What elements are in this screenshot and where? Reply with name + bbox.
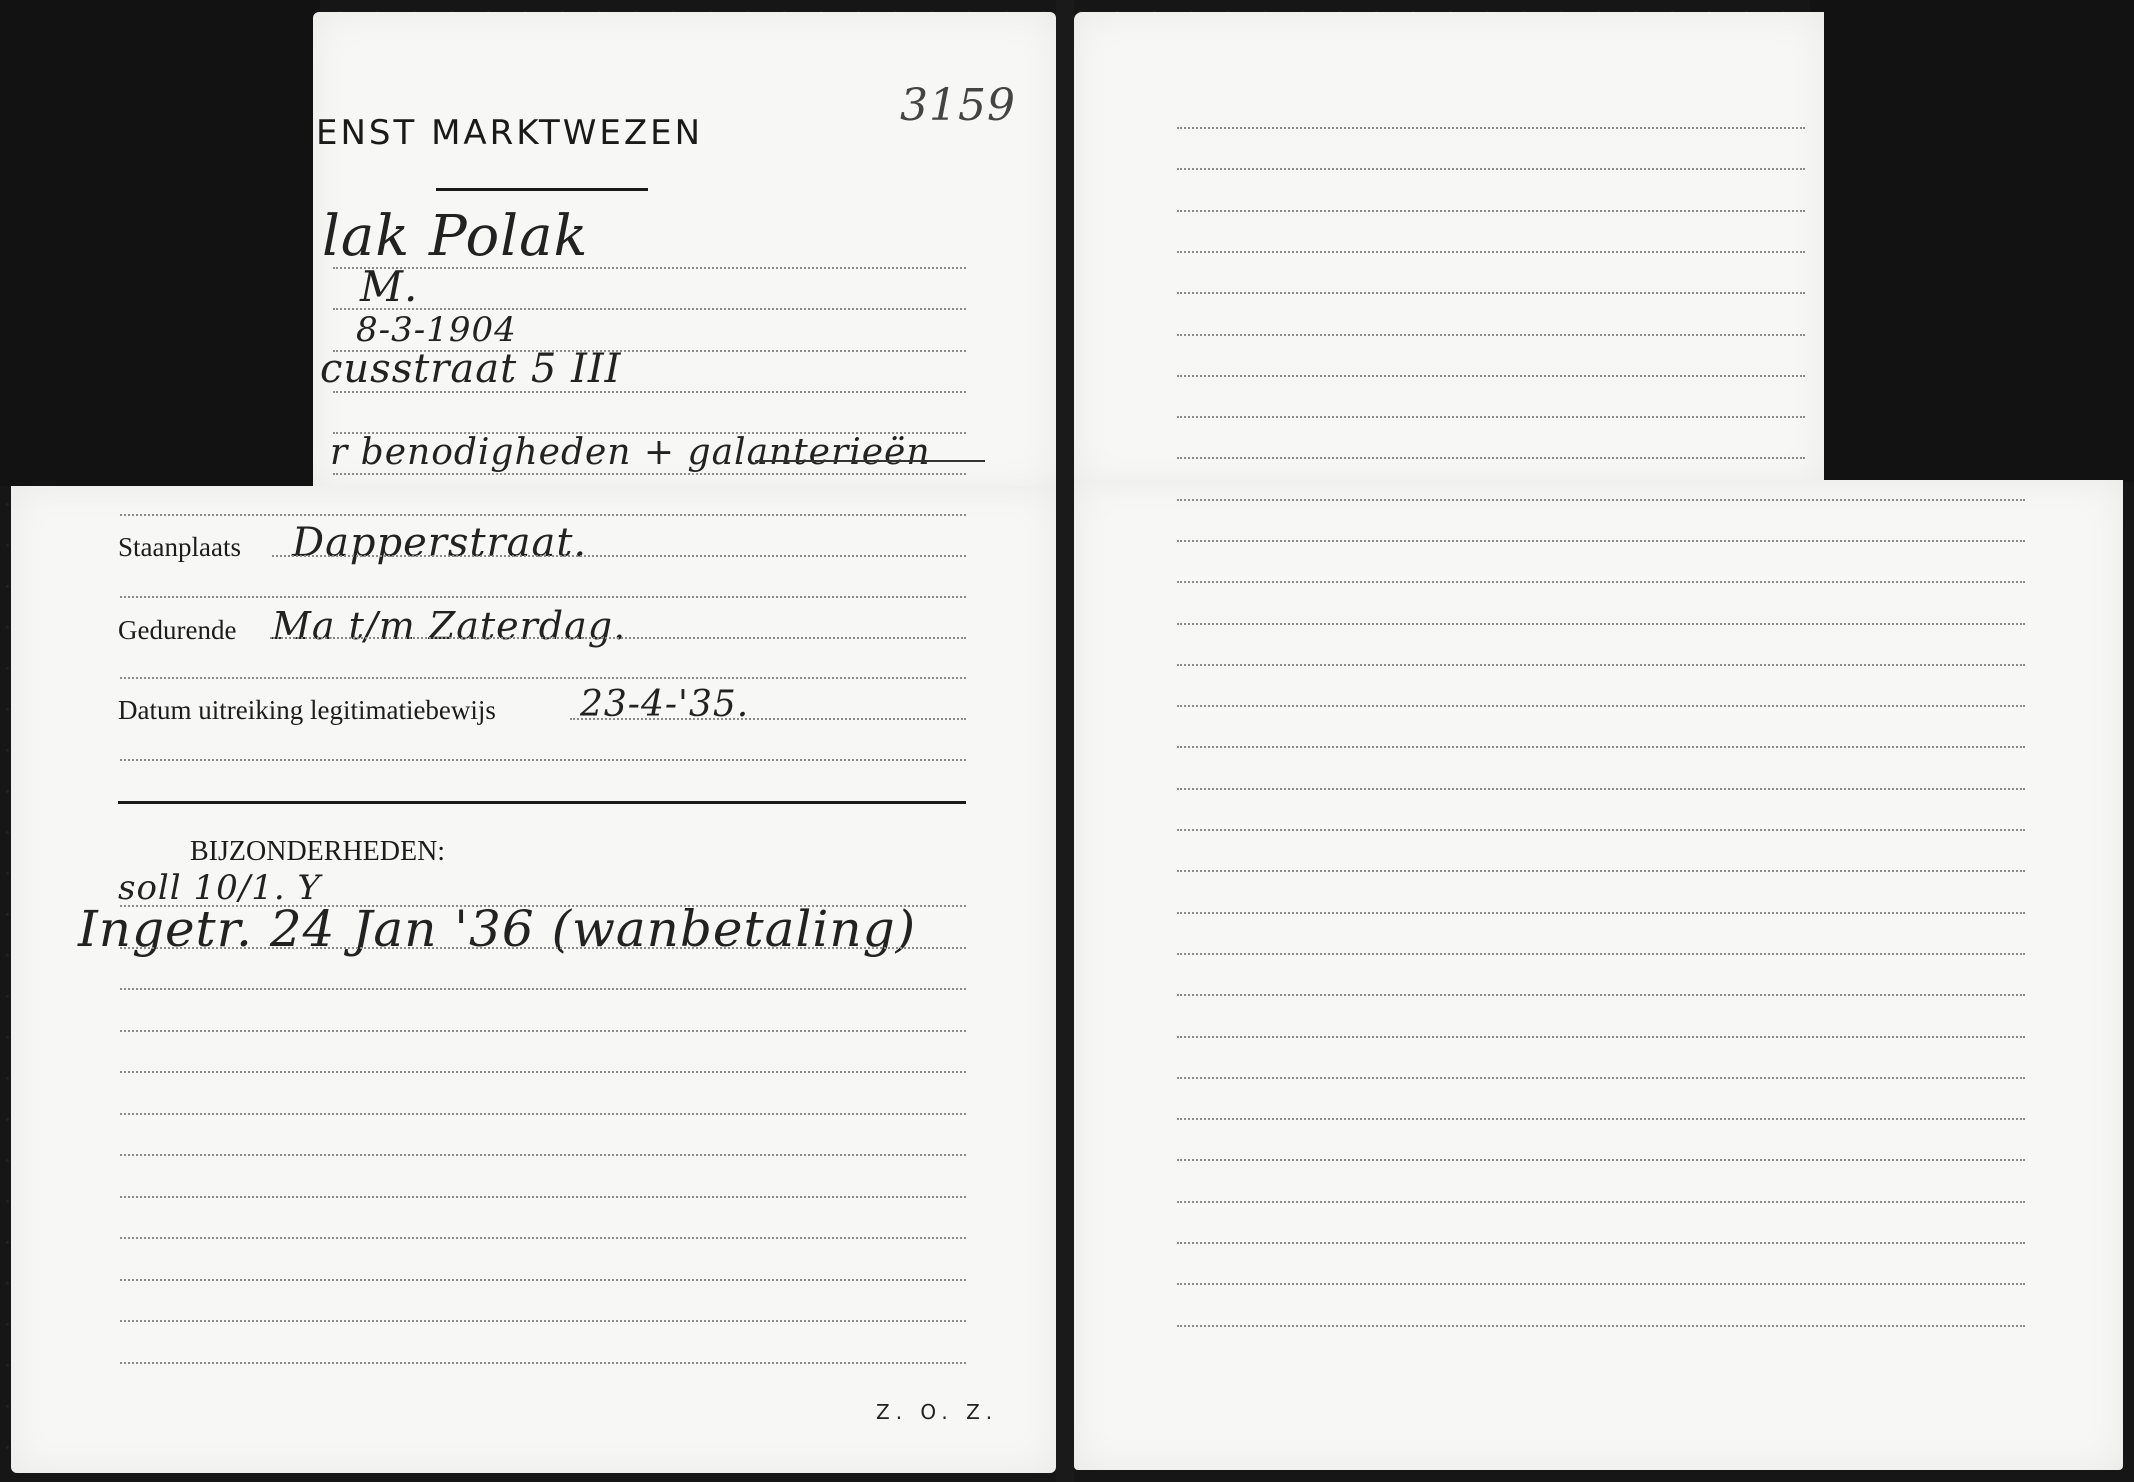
field-label-gedurende: Gedurende xyxy=(118,615,236,646)
ruled-line xyxy=(1177,1036,2025,1038)
ruled-line xyxy=(120,1279,966,1281)
card-gap xyxy=(1056,0,1074,1482)
ruled-line xyxy=(1177,664,2025,666)
office-heading: ENST MARKTWEZEN xyxy=(316,113,703,153)
footer-zoz: Z. O. Z. xyxy=(876,1400,998,1424)
ruled-line xyxy=(1177,994,2025,996)
ruled-line xyxy=(333,391,966,393)
remarks-line-2: Ingetr. 24 Jan '36 (wanbetaling) xyxy=(78,900,916,958)
first-name-value: M. xyxy=(360,262,418,311)
ruled-line xyxy=(120,677,966,679)
ruled-line xyxy=(120,947,966,949)
ruled-line xyxy=(1177,292,1805,294)
ruled-line xyxy=(120,1071,966,1073)
ruled-line xyxy=(333,267,966,269)
ruled-line xyxy=(1177,912,2025,914)
heading-rule xyxy=(436,188,648,191)
ruled-line xyxy=(120,905,966,907)
section-divider xyxy=(118,801,966,804)
ruled-line xyxy=(1177,1201,2025,1203)
ruled-line xyxy=(1177,705,2025,707)
ruled-line xyxy=(120,1030,966,1032)
field-label-datum-uitreiking: Datum uitreiking legitimatiebewijs xyxy=(118,695,496,726)
ruled-line xyxy=(1177,1118,2025,1120)
ruled-line xyxy=(1177,1159,2025,1161)
ruled-line xyxy=(1177,1242,2025,1244)
ruled-line xyxy=(1177,1325,2025,1327)
ruled-line xyxy=(1177,788,2025,790)
goods-strikethrough xyxy=(755,460,985,462)
ruled-line xyxy=(1177,416,1805,418)
ruled-line xyxy=(1177,540,2025,542)
birth-date-value: 8-3-1904 xyxy=(356,310,517,350)
ruled-line xyxy=(120,759,966,761)
ruled-line xyxy=(1177,1283,2025,1285)
remarks-heading: BIJZONDERHEDEN: xyxy=(190,836,445,868)
ruled-line xyxy=(1177,953,2025,955)
ruled-line xyxy=(1177,870,2025,872)
field-label-staanplaats: Staanplaats xyxy=(118,532,241,563)
goods-value: r benodigheden + galanterieën xyxy=(330,432,931,473)
ruled-line xyxy=(1177,746,2025,748)
field-value-gedurende: Ma t/m Zaterdag. xyxy=(272,604,626,648)
ruled-line xyxy=(333,350,966,352)
ruled-line xyxy=(120,1113,966,1115)
ruled-line xyxy=(333,308,966,310)
ruled-line xyxy=(1177,623,2025,625)
ruled-line xyxy=(120,1362,966,1364)
ruled-line xyxy=(1177,829,2025,831)
right-black-mask xyxy=(1810,0,2134,482)
left-black-mask xyxy=(0,0,320,486)
ruled-line xyxy=(1177,210,1805,212)
ruled-line xyxy=(120,988,966,990)
ruled-line xyxy=(120,1154,966,1156)
ruled-line xyxy=(1177,168,1805,170)
ruled-line xyxy=(120,1237,966,1239)
ruled-line xyxy=(1177,1077,2025,1079)
surname-value: lak Polak xyxy=(322,204,588,269)
file-number: 3159 xyxy=(900,80,1016,131)
ruled-line xyxy=(1177,127,1805,129)
ruled-line xyxy=(1177,499,2025,501)
ruled-line xyxy=(333,432,966,434)
back-card-lower xyxy=(1074,480,2123,1470)
ruled-line xyxy=(1177,457,1805,459)
ruled-line xyxy=(120,596,966,598)
ruled-line xyxy=(272,555,966,557)
ruled-line xyxy=(1177,334,1805,336)
ruled-line xyxy=(120,1320,966,1322)
ruled-line xyxy=(120,514,966,516)
ruled-line xyxy=(333,473,966,475)
ruled-line xyxy=(270,637,966,639)
ruled-line xyxy=(1177,375,1805,377)
ruled-line xyxy=(570,718,966,720)
ruled-line xyxy=(1177,581,2025,583)
address-value: cusstraat 5 III xyxy=(320,346,621,392)
ruled-line xyxy=(120,1196,966,1198)
ruled-line xyxy=(1177,251,1805,253)
field-value-staanplaats: Dapperstraat. xyxy=(292,520,587,566)
